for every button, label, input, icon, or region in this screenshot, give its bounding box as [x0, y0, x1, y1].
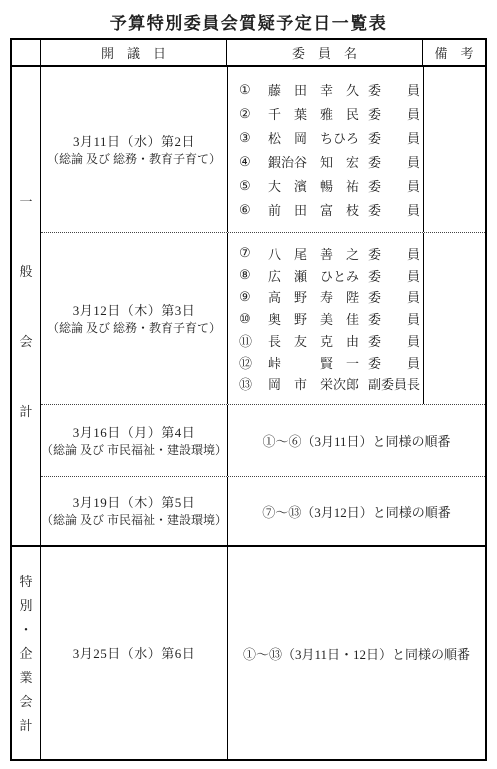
member-title: 委 員 [359, 244, 423, 263]
member-name: 松 岡 ちひろ [268, 128, 359, 147]
member-title: 委 員 [359, 353, 423, 372]
member-row: ⑥ 前 田 富 枝 委 員 [228, 200, 423, 219]
section-label-general-account: 一般会計 [12, 67, 40, 547]
header-members: 委 員 名 [226, 40, 422, 65]
member-row: ⑤ 大 濱 暢 祐 委 員 [228, 176, 423, 195]
member-number: ③ [239, 130, 268, 146]
account-section-column: 一般会計 特別・企業会計 [12, 67, 40, 759]
member-name: 藤 田 幸 久 [268, 80, 359, 99]
member-number: ⑬ [239, 374, 268, 393]
member-number: ⑤ [239, 178, 268, 194]
member-number: ⑫ [239, 353, 268, 372]
member-name: 大 濱 暢 祐 [268, 176, 359, 195]
session-topic: （総論 及び 総務・教育子育て） [47, 151, 221, 168]
member-row: ⑬ 岡 市 栄次郎 副委員長 [228, 374, 423, 393]
member-number: ① [239, 82, 268, 98]
schedule-rows: 3月11日（水）第2日 （総論 及び 総務・教育子育て） ① 藤 田 幸 久 委… [40, 67, 485, 759]
session-date: 3月25日（水）第6日 [73, 644, 196, 663]
document-page: 予算特別委員会質疑予定日一覧表 開 議 日 委 員 名 備 考 一般会計 特別・… [0, 0, 497, 769]
remarks-cell [423, 233, 485, 404]
member-row: ⑪ 長 友 克 由 委 員 [228, 331, 423, 350]
member-row: ⑧ 広 瀬 ひとみ 委 員 [228, 266, 423, 285]
session-date: 3月12日（木）第3日 [73, 301, 196, 320]
table-row: 3月16日（月）第4日 （総論 及び 市民福祉・建設環境） ①～⑥（3月11日）… [41, 405, 485, 477]
member-name: 前 田 富 枝 [268, 200, 359, 219]
member-number: ⑨ [239, 289, 268, 305]
section-label-special-enterprise-account: 特別・企業会計 [12, 547, 40, 759]
member-title: 委 員 [359, 104, 423, 123]
table-body: 一般会計 特別・企業会計 3月11日（水）第2日 （総論 及び 総務・教育子育て… [12, 67, 485, 759]
special-enterprise-account-rows: 3月25日（水）第6日 ①～⑬（3月11日・12日）と同様の順番 [41, 547, 485, 759]
members-cell: ⑦ 八 尾 善 之 委 員 ⑧ 広 瀬 ひとみ 委 員 ⑨ [227, 233, 423, 404]
date-cell: 3月16日（月）第4日 （総論 及び 市民福祉・建設環境） [41, 405, 227, 476]
member-title: 委 員 [359, 152, 423, 171]
session-date: 3月11日（水）第2日 [73, 132, 195, 151]
member-title: 委 員 [359, 176, 423, 195]
date-cell: 3月19日（木）第5日 （総論 及び 市民福祉・建設環境） [41, 477, 227, 545]
session-date: 3月19日（木）第5日 [73, 493, 196, 512]
member-number: ② [239, 106, 268, 122]
member-title: 委 員 [359, 128, 423, 147]
page-title: 予算特別委員会質疑予定日一覧表 [0, 0, 497, 34]
order-note: ①～⑥（3月11日）と同様の順番 [227, 405, 485, 476]
date-cell: 3月25日（水）第6日 [41, 547, 227, 759]
member-number: ⑧ [239, 267, 268, 283]
schedule-table: 開 議 日 委 員 名 備 考 一般会計 特別・企業会計 3月11日（水）第2日… [10, 38, 487, 761]
member-row: ① 藤 田 幸 久 委 員 [228, 80, 423, 99]
member-title: 副委員長 [359, 374, 423, 393]
member-number: ⑥ [239, 202, 268, 218]
member-number: ⑩ [239, 311, 268, 327]
member-name: 長 友 克 由 [268, 331, 359, 350]
member-row: ② 千 葉 雅 民 委 員 [228, 104, 423, 123]
member-title: 委 員 [359, 266, 423, 285]
member-number: ⑪ [239, 331, 268, 350]
member-row: ⑫ 峠 賢 一 委 員 [228, 353, 423, 372]
member-name: 鍜治谷 知 宏 [268, 152, 359, 171]
member-name: 奥 野 美 佳 [268, 309, 359, 328]
member-row: ③ 松 岡 ちひろ 委 員 [228, 128, 423, 147]
member-row: ⑦ 八 尾 善 之 委 員 [228, 244, 423, 263]
table-row: 3月11日（水）第2日 （総論 及び 総務・教育子育て） ① 藤 田 幸 久 委… [41, 67, 485, 233]
session-topic: （総論 及び 総務・教育子育て） [47, 320, 221, 337]
member-title: 委 員 [359, 200, 423, 219]
remarks-cell [423, 67, 485, 232]
member-number: ④ [239, 154, 268, 170]
member-number: ⑦ [239, 245, 268, 261]
order-note: ⑦～⑬（3月12日）と同様の順番 [227, 477, 485, 545]
member-row: ④ 鍜治谷 知 宏 委 員 [228, 152, 423, 171]
member-title: 委 員 [359, 80, 423, 99]
member-row: ⑨ 高 野 寿 陛 委 員 [228, 287, 423, 306]
table-row: 3月19日（木）第5日 （総論 及び 市民福祉・建設環境） ⑦～⑬（3月12日）… [41, 477, 485, 545]
table-row: 3月12日（木）第3日 （総論 及び 総務・教育子育て） ⑦ 八 尾 善 之 委… [41, 233, 485, 405]
member-row: ⑩ 奥 野 美 佳 委 員 [228, 309, 423, 328]
date-cell: 3月12日（木）第3日 （総論 及び 総務・教育子育て） [41, 233, 227, 404]
member-name: 峠 賢 一 [268, 353, 359, 372]
header-section-cell [12, 40, 40, 65]
member-name: 八 尾 善 之 [268, 244, 359, 263]
table-row: 3月25日（水）第6日 ①～⑬（3月11日・12日）と同様の順番 [41, 547, 485, 759]
general-account-rows: 3月11日（水）第2日 （総論 及び 総務・教育子育て） ① 藤 田 幸 久 委… [41, 67, 485, 547]
member-name: 広 瀬 ひとみ [268, 266, 359, 285]
table-header-row: 開 議 日 委 員 名 備 考 [12, 40, 485, 67]
member-title: 委 員 [359, 331, 423, 350]
members-cell: ① 藤 田 幸 久 委 員 ② 千 葉 雅 民 委 員 ③ [227, 67, 423, 232]
member-name: 岡 市 栄次郎 [268, 374, 359, 393]
session-topic: （総論 及び 市民福祉・建設環境） [41, 512, 227, 529]
date-cell: 3月11日（水）第2日 （総論 及び 総務・教育子育て） [41, 67, 227, 232]
header-remarks: 備 考 [422, 40, 485, 65]
session-date: 3月16日（月）第4日 [73, 423, 196, 442]
order-note: ①～⑬（3月11日・12日）と同様の順番 [227, 547, 485, 759]
member-name: 千 葉 雅 民 [268, 104, 359, 123]
session-topic: （総論 及び 市民福祉・建設環境） [41, 442, 227, 459]
member-name: 高 野 寿 陛 [268, 287, 359, 306]
member-title: 委 員 [359, 287, 423, 306]
header-date: 開 議 日 [40, 40, 226, 65]
member-title: 委 員 [359, 309, 423, 328]
